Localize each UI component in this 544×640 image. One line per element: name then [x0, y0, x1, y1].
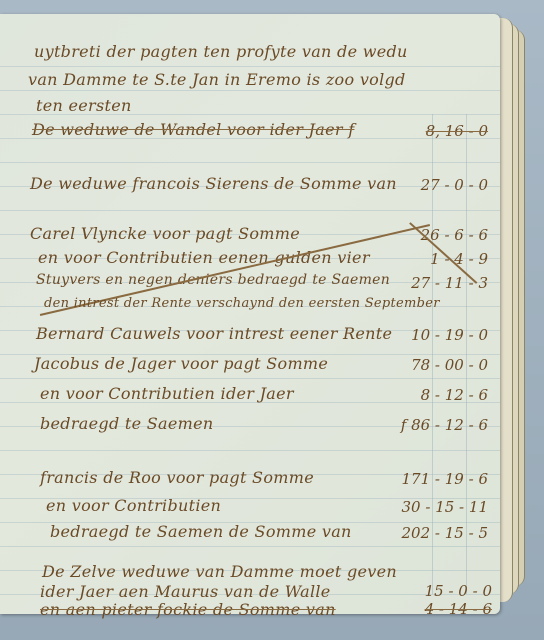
entry-text: ider Jaer aen Maurus van de Walle: [40, 582, 331, 601]
entry-text: De weduwe francois Sierens de Somme van: [30, 174, 397, 193]
entry-amount: 15 - 0 - 0: [382, 582, 492, 600]
ledger-page: uytbreti der pagten ten profyte van de w…: [0, 14, 500, 614]
header-line: uytbreti der pagten ten profyte van de w…: [34, 42, 408, 61]
ruling-line: [0, 450, 500, 451]
entry-text: bedraegd te Saemen: [40, 414, 213, 433]
entry-text: De weduwe de Wandel voor ider Jaer f: [32, 120, 354, 139]
entry-amount: 27 - 0 - 0: [378, 176, 488, 194]
entry-amount: 78 - 00 - 0: [378, 356, 488, 374]
entry-amount: f 86 - 12 - 6: [378, 416, 488, 434]
entry-amount: 8, 16 - 0: [378, 122, 488, 140]
entry-amount: 171 - 19 - 6: [378, 470, 488, 488]
entry-text: francis de Roo voor pagt Somme: [40, 468, 314, 487]
entry-text: Carel Vlyncke voor pagt Somme: [30, 224, 300, 243]
entry-text: en voor Contributien: [46, 496, 221, 515]
header-line: ten eersten: [36, 96, 132, 115]
entry-text: bedraegd te Saemen de Somme van: [50, 522, 352, 541]
entry-text: en voor Contributien ider Jaer: [40, 384, 294, 403]
ruling-line: [0, 210, 500, 211]
ruling-line: [0, 546, 500, 547]
ruling-line: [0, 378, 500, 379]
entry-text: De Zelve weduwe van Damme moet geven: [42, 562, 397, 581]
entry-amount: 4 - 14 - 6: [382, 600, 492, 618]
ruling-line: [0, 162, 500, 163]
entry-amount: 10 - 19 - 0: [378, 326, 488, 344]
entry-text: Bernard Cauwels voor intrest eener Rente: [36, 324, 392, 343]
entry-amount: 8 - 12 - 6: [378, 386, 488, 404]
ruling-line: [0, 66, 500, 67]
entry-text: en aen pieter fockie de Somme van: [40, 600, 336, 619]
entry-amount: 1 - 4 - 9: [378, 250, 488, 268]
ruling-line: [0, 90, 500, 91]
header-line: van Damme te S.te Jan in Eremo is zoo vo…: [28, 70, 406, 89]
entry-text: Jacobus de Jager voor pagt Somme: [34, 354, 328, 373]
entry-amount: 26 - 6 - 6: [378, 226, 488, 244]
entry-amount: 30 - 15 - 11: [378, 498, 488, 516]
entry-text: den intrest der Rente verschaynd den eer…: [44, 296, 440, 311]
entry-amount: 202 - 15 - 5: [378, 524, 488, 542]
